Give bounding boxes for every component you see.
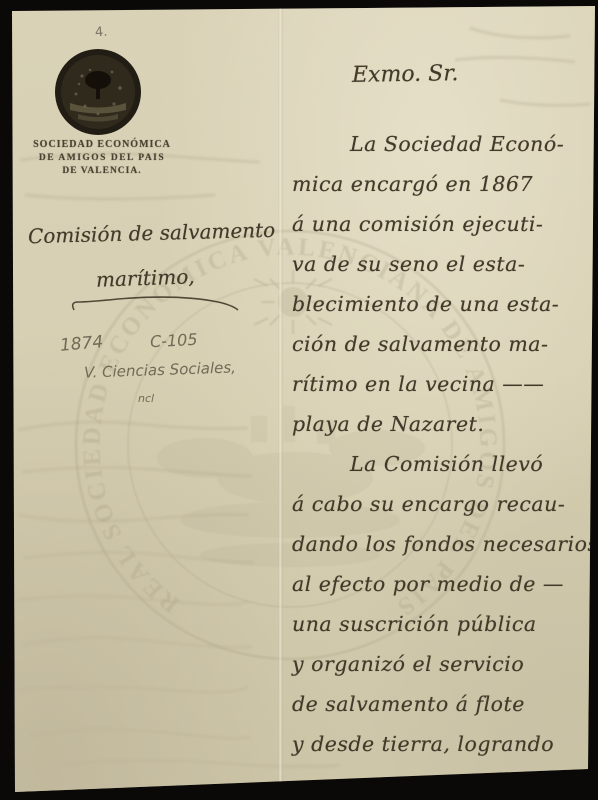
flourish-underline — [68, 294, 243, 320]
letterhead-line-3: DE VALENCIA. — [22, 166, 182, 176]
vertical-fold-crease — [278, 0, 283, 800]
letter-line: va de su seno el esta- — [292, 244, 598, 284]
pencil-small-note: ncl — [138, 392, 154, 405]
pencil-year: 1874 — [59, 332, 104, 356]
pencil-reference-code: C-105 — [150, 330, 198, 351]
letter-page: REAL SOCIEDAD ECONOMICA VALENCIANA DE AM… — [0, 0, 598, 800]
letter-line: blecimiento de una esta- — [292, 284, 598, 324]
letter-line: playa de Nazaret. — [292, 404, 598, 444]
letter-line: á cabo su encargo recau- — [292, 484, 598, 524]
letter-line: dando los fondos necesarios — [292, 524, 598, 564]
letterhead: SOCIEDAD ECONÓMICA DE AMIGOS DEL PAIS DE… — [22, 139, 182, 176]
letter-body: La Sociedad Econó- mica encargó en 1867 … — [292, 124, 598, 764]
letter-line: ción de salvamento ma- — [292, 324, 598, 364]
letter-line: La Comisión llevó — [292, 444, 598, 484]
letterhead-line-2: DE AMIGOS DEL PAIS — [22, 153, 182, 163]
letter-line: mica encargó en 1867 — [292, 164, 598, 204]
letter-salutation: Exmo. Sr. — [352, 61, 459, 88]
letter-line: al efecto por medio de — — [292, 564, 598, 604]
letterhead-line-1: SOCIEDAD ECONÓMICA — [22, 139, 182, 150]
page-number: 4. — [94, 25, 107, 41]
letter-line: La Sociedad Econó- — [292, 124, 598, 164]
scanned-letter-photo: REAL SOCIEDAD ECONOMICA VALENCIANA DE AM… — [0, 0, 598, 800]
ink-subject-line-2: marítimo, — [96, 264, 195, 291]
letter-line: una suscrición pública — [292, 604, 598, 644]
letter-line: á una comisión ejecuti- — [292, 204, 598, 244]
letter-line: y desde tierra, logrando — [292, 724, 598, 764]
letter-line: rítimo en la vecina —— — [292, 364, 598, 404]
letter-line: de salvamento á flote — [292, 684, 598, 724]
sociedad-economica-seal-icon — [52, 46, 144, 138]
letter-line: y organizó el servicio — [292, 644, 598, 684]
